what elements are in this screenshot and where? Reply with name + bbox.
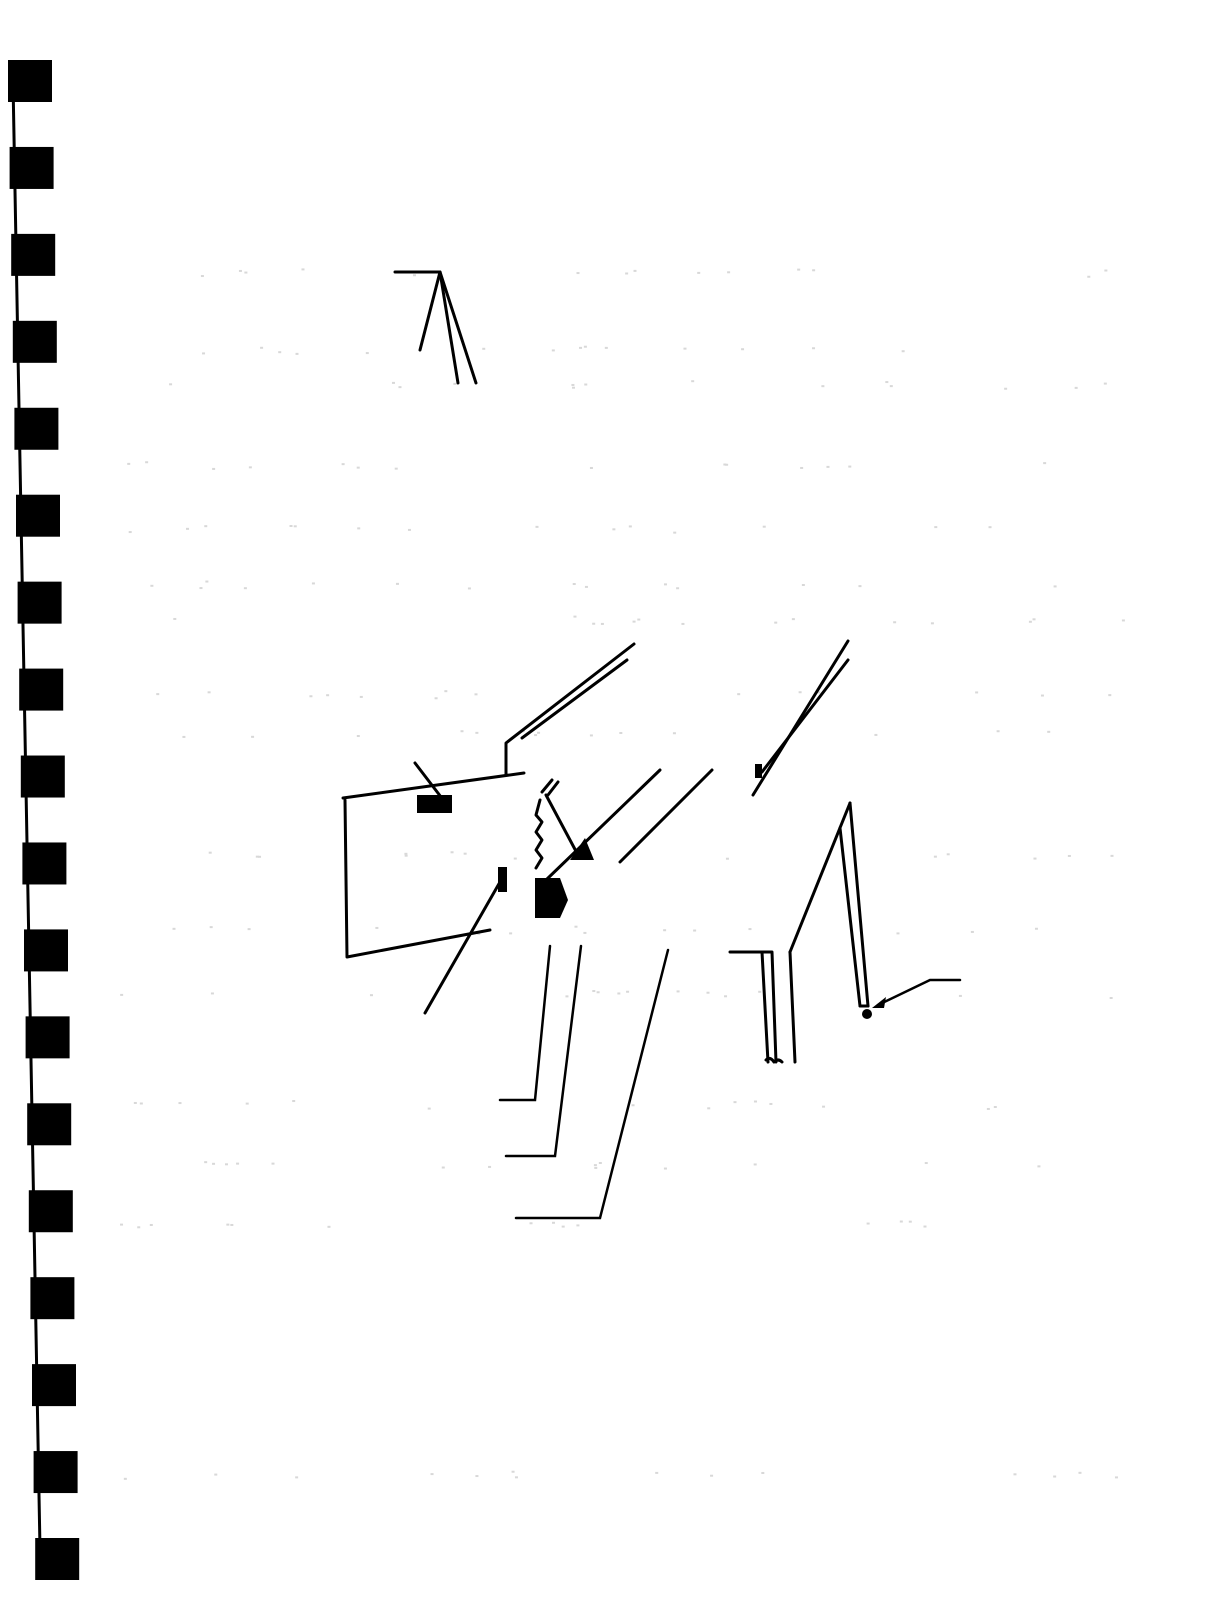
table-top bbox=[506, 641, 848, 795]
leader-lines-top bbox=[395, 272, 476, 383]
binding-ring bbox=[24, 929, 68, 971]
binding-ring bbox=[22, 842, 66, 884]
binding-ring bbox=[13, 321, 57, 363]
table-legs bbox=[730, 803, 872, 1062]
binding-ring bbox=[27, 1103, 71, 1145]
drawing-page bbox=[0, 0, 1230, 1618]
binding-ring bbox=[18, 582, 62, 624]
binding-ring bbox=[10, 147, 54, 189]
scan-noise bbox=[120, 268, 1125, 1479]
binding-ring bbox=[11, 234, 55, 276]
spring-mechanism bbox=[535, 770, 712, 918]
binding-ring bbox=[35, 1538, 79, 1580]
leader-lines-bottom bbox=[500, 946, 960, 1218]
binding-ring bbox=[30, 1277, 74, 1319]
leg-foot bbox=[862, 1009, 872, 1019]
binding-ring bbox=[21, 756, 65, 798]
binding-ring bbox=[14, 408, 58, 450]
panel-latch bbox=[417, 795, 452, 813]
rail-stop bbox=[755, 764, 762, 778]
binding-ring bbox=[26, 1016, 70, 1058]
panel-handle bbox=[498, 867, 507, 892]
binding-ring bbox=[34, 1451, 78, 1493]
side-panel bbox=[343, 763, 524, 1013]
binding-ring bbox=[32, 1364, 76, 1406]
binding-ring bbox=[16, 495, 60, 537]
binding-ring bbox=[19, 669, 63, 711]
binding-ring bbox=[29, 1190, 73, 1232]
binding-ring bbox=[8, 60, 52, 102]
spiral-binding bbox=[8, 60, 79, 1580]
technical-drawing bbox=[0, 0, 1230, 1618]
